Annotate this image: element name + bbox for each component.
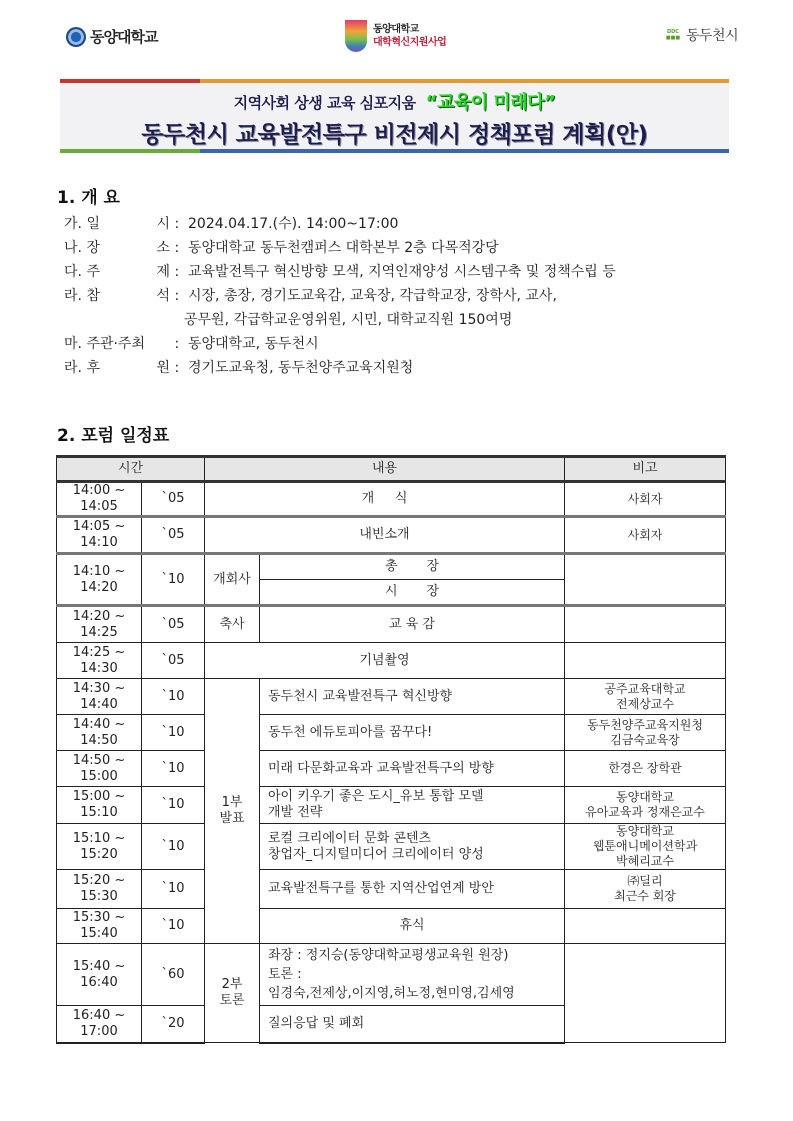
table-header-row: 시간 내용 비고 [57,457,726,482]
table-row: 15:40 ~16:40 `60 2부 토론 좌장 : 정지승(동양대학교평생교… [57,944,726,1006]
table-row: 14:40 ~14:50 `10 동두천 에듀토피아를 꿈꾸다! 동두천양주교육… [57,715,726,751]
duration-cell: `10 [142,787,205,824]
note-cell: ㈜딜리 최근수 회장 [565,870,726,909]
section-schedule-title: 2. 포럼 일정표 [57,421,169,446]
duration-cell: `10 [142,679,205,715]
time-cell: 16:40 ~17:00 [57,1006,142,1043]
table-row: 14:05 ~14:10 `05 내빈소개 사회자 [57,517,726,554]
overview-item-host: 마. 주관·주최 : 동양대학교, 동두천시 [64,332,616,356]
table-row: 14:10 ~14:20 `10 개회사 총 장 [57,554,726,580]
note-cell: 동양대학교 유아교육과 정재은교수 [565,787,726,824]
duration-cell: `10 [142,554,205,606]
overview-value: 교육발전특구 혁신방향 모색, 지역인재양성 시스템구축 및 정책수립 등 [184,260,616,284]
banner-top-bar [60,79,729,83]
time-cell: 14:40 ~14:50 [57,715,142,751]
duration-cell: `05 [142,643,205,679]
content-cell: 동두천시 교육발전특구 혁신방향 [260,679,565,715]
note-cell [565,944,726,1043]
header-time: 시간 [57,457,205,482]
group-cell: 개회사 [205,554,260,606]
dongyang-university-logo: 동양대학교 [66,26,157,47]
note-cell: 한경은 장학관 [565,751,726,787]
note-cell: 공주교육대학교 전제상교수 [565,679,726,715]
overview-item-sponsor: 라. 후원 : 경기도교육청, 동두천양주교육지원청 [64,356,616,380]
table-row: 15:00 ~15:10 `10 아이 키우기 좋은 도시_유보 통합 모델 개… [57,787,726,824]
time-cell: 14:00 ~14:05 [57,482,142,517]
content-cell: 질의응답 및 폐회 [260,1006,565,1043]
overview-value: 시장, 총장, 경기도교육감, 교육장, 각급학교장, 장학사, 교사, [184,284,557,308]
group-cell-part1: 1부 발표 [205,679,260,944]
time-cell: 14:20 ~14:25 [57,606,142,643]
content-cell: 교 육 감 [260,606,565,643]
header-content: 내용 [205,457,565,482]
duration-cell: `20 [142,1006,205,1043]
time-cell: 14:50 ~15:00 [57,751,142,787]
banner-highlight: “교육이 미래다” [426,92,556,113]
logo-left-text: 동양대학교 [90,26,157,47]
title-banner: 지역사회 상생 교육 심포지움“교육이 미래다” 동두천시 교육발전특구 비전제… [60,79,729,153]
rainbow-j-icon [345,20,367,52]
time-cell: 14:10 ~14:20 [57,554,142,606]
banner-bottom-bar [60,149,729,153]
overview-value: 경기도교육청, 동두천양주교육지원청 [184,356,413,380]
overview-item-date: 가. 일시 : 2024.04.17.(수). 14:00~17:00 [64,212,616,236]
duration-cell: `60 [142,944,205,1006]
duration-cell: `10 [142,824,205,870]
note-cell: 사회자 [565,482,726,517]
group-cell-part2: 2부 토론 [205,944,260,1043]
time-cell: 14:30 ~14:40 [57,679,142,715]
content-cell: 시 장 [260,580,565,606]
duration-cell: `10 [142,715,205,751]
banner-title: 동두천시 교육발전특구 비전제시 정책포럼 계획(안) [60,116,729,149]
content-cell: 아이 키우기 좋은 도시_유보 통합 모델 개발 전략 [260,787,565,824]
overview-value: 2024.04.17.(수). 14:00~17:00 [184,212,398,236]
time-cell: 14:05 ~14:10 [57,517,142,554]
table-row: 15:10 ~15:20 `10 로컬 크리에이터 문화 콘텐츠 창업자_디지털… [57,824,726,870]
banner-subtitle: 지역사회 상생 교육 심포지움“교육이 미래다” [60,88,729,114]
overview-item-attendees: 라. 참석 : 시장, 총장, 경기도교육감, 교육장, 각급학교장, 장학사,… [64,284,616,308]
overview-value: 동양대학교, 동두천시 [184,332,319,356]
time-cell: 14:25 ~14:30 [57,643,142,679]
table-row: 14:20 ~14:25 `05 축사 교 육 감 [57,606,726,643]
content-cell: 교육발전특구를 통한 지역산업연계 방안 [260,870,565,909]
logo-right-text: 동두천시 [686,25,738,45]
content-cell: 개 식 [205,482,565,517]
table-row: 15:30 ~15:40 `10 휴식 [57,909,726,944]
table-row: 14:25 ~14:30 `05 기념촬영 [57,643,726,679]
duration-cell: `10 [142,909,205,944]
section-overview-title: 1. 개 요 [57,183,120,208]
note-cell [565,643,726,679]
table-row: 14:00 ~14:05 `05 개 식 사회자 [57,482,726,517]
time-cell: 15:20 ~15:30 [57,870,142,909]
time-cell: 15:10 ~15:20 [57,824,142,870]
duration-cell: `05 [142,482,205,517]
duration-cell: `05 [142,606,205,643]
overview-value: 동양대학교 동두천캠퍼스 대학본부 2층 다목적강당 [184,236,499,260]
dongducheon-city-logo: DDC■■■ 동두천시 [664,25,738,45]
ddc-mark-icon: DDC■■■ [664,29,682,41]
duration-cell: `10 [142,751,205,787]
university-emblem-icon [66,27,86,47]
content-cell: 동두천 에듀토피아를 꿈꾸다! [260,715,565,751]
innovation-project-logo: 동양대학교 대학혁신지원사업 [345,20,446,52]
logo-center-line2: 대학혁신지원사업 [373,36,446,49]
note-cell [565,909,726,944]
overview-list: 가. 일시 : 2024.04.17.(수). 14:00~17:00 나. 장… [64,212,616,380]
group-cell: 축사 [205,606,260,643]
duration-cell: `10 [142,870,205,909]
note-cell [565,554,726,606]
note-cell: 동두천양주교육지원청 김금숙교육장 [565,715,726,751]
time-cell: 15:00 ~15:10 [57,787,142,824]
content-cell: 기념촬영 [205,643,565,679]
table-row: 14:30 ~14:40 `10 1부 발표 동두천시 교육발전특구 혁신방향 … [57,679,726,715]
content-cell: 휴식 [260,909,565,944]
content-cell: 미래 다문화교육과 교육발전특구의 방향 [260,751,565,787]
note-cell: 사회자 [565,517,726,554]
table-row: 15:20 ~15:30 `10 교육발전특구를 통한 지역산업연계 방안 ㈜딜… [57,870,726,909]
time-cell: 15:40 ~16:40 [57,944,142,1006]
table-row: 14:50 ~15:00 `10 미래 다문화교육과 교육발전특구의 방향 한경… [57,751,726,787]
content-cell: 좌장 : 정지승(동양대학교평생교육원 원장) 토론 : 임경숙,전제상,이지영… [260,944,565,1006]
duration-cell: `05 [142,517,205,554]
forum-schedule-table: 시간 내용 비고 14:00 ~14:05 `05 개 식 사회자 14:05 … [56,455,726,1044]
content-cell: 로컬 크리에이터 문화 콘텐츠 창업자_디지털미디어 크리에이터 양성 [260,824,565,870]
note-cell: 동양대학교 웹툰애니메이션학과 박혜리교수 [565,824,726,870]
note-cell [565,606,726,643]
overview-attendees-continued: 공무원, 각급학교운영위원, 시민, 대학교직원 150여명 [64,308,616,332]
content-cell: 내빈소개 [205,517,565,554]
time-cell: 15:30 ~15:40 [57,909,142,944]
overview-item-place: 나. 장소 : 동양대학교 동두천캠퍼스 대학본부 2층 다목적강당 [64,236,616,260]
header-note: 비고 [565,457,726,482]
content-cell: 총 장 [260,554,565,580]
overview-item-theme: 다. 주제 : 교육발전특구 혁신방향 모색, 지역인재양성 시스템구축 및 정… [64,260,616,284]
logo-center-line1: 동양대학교 [373,23,446,36]
